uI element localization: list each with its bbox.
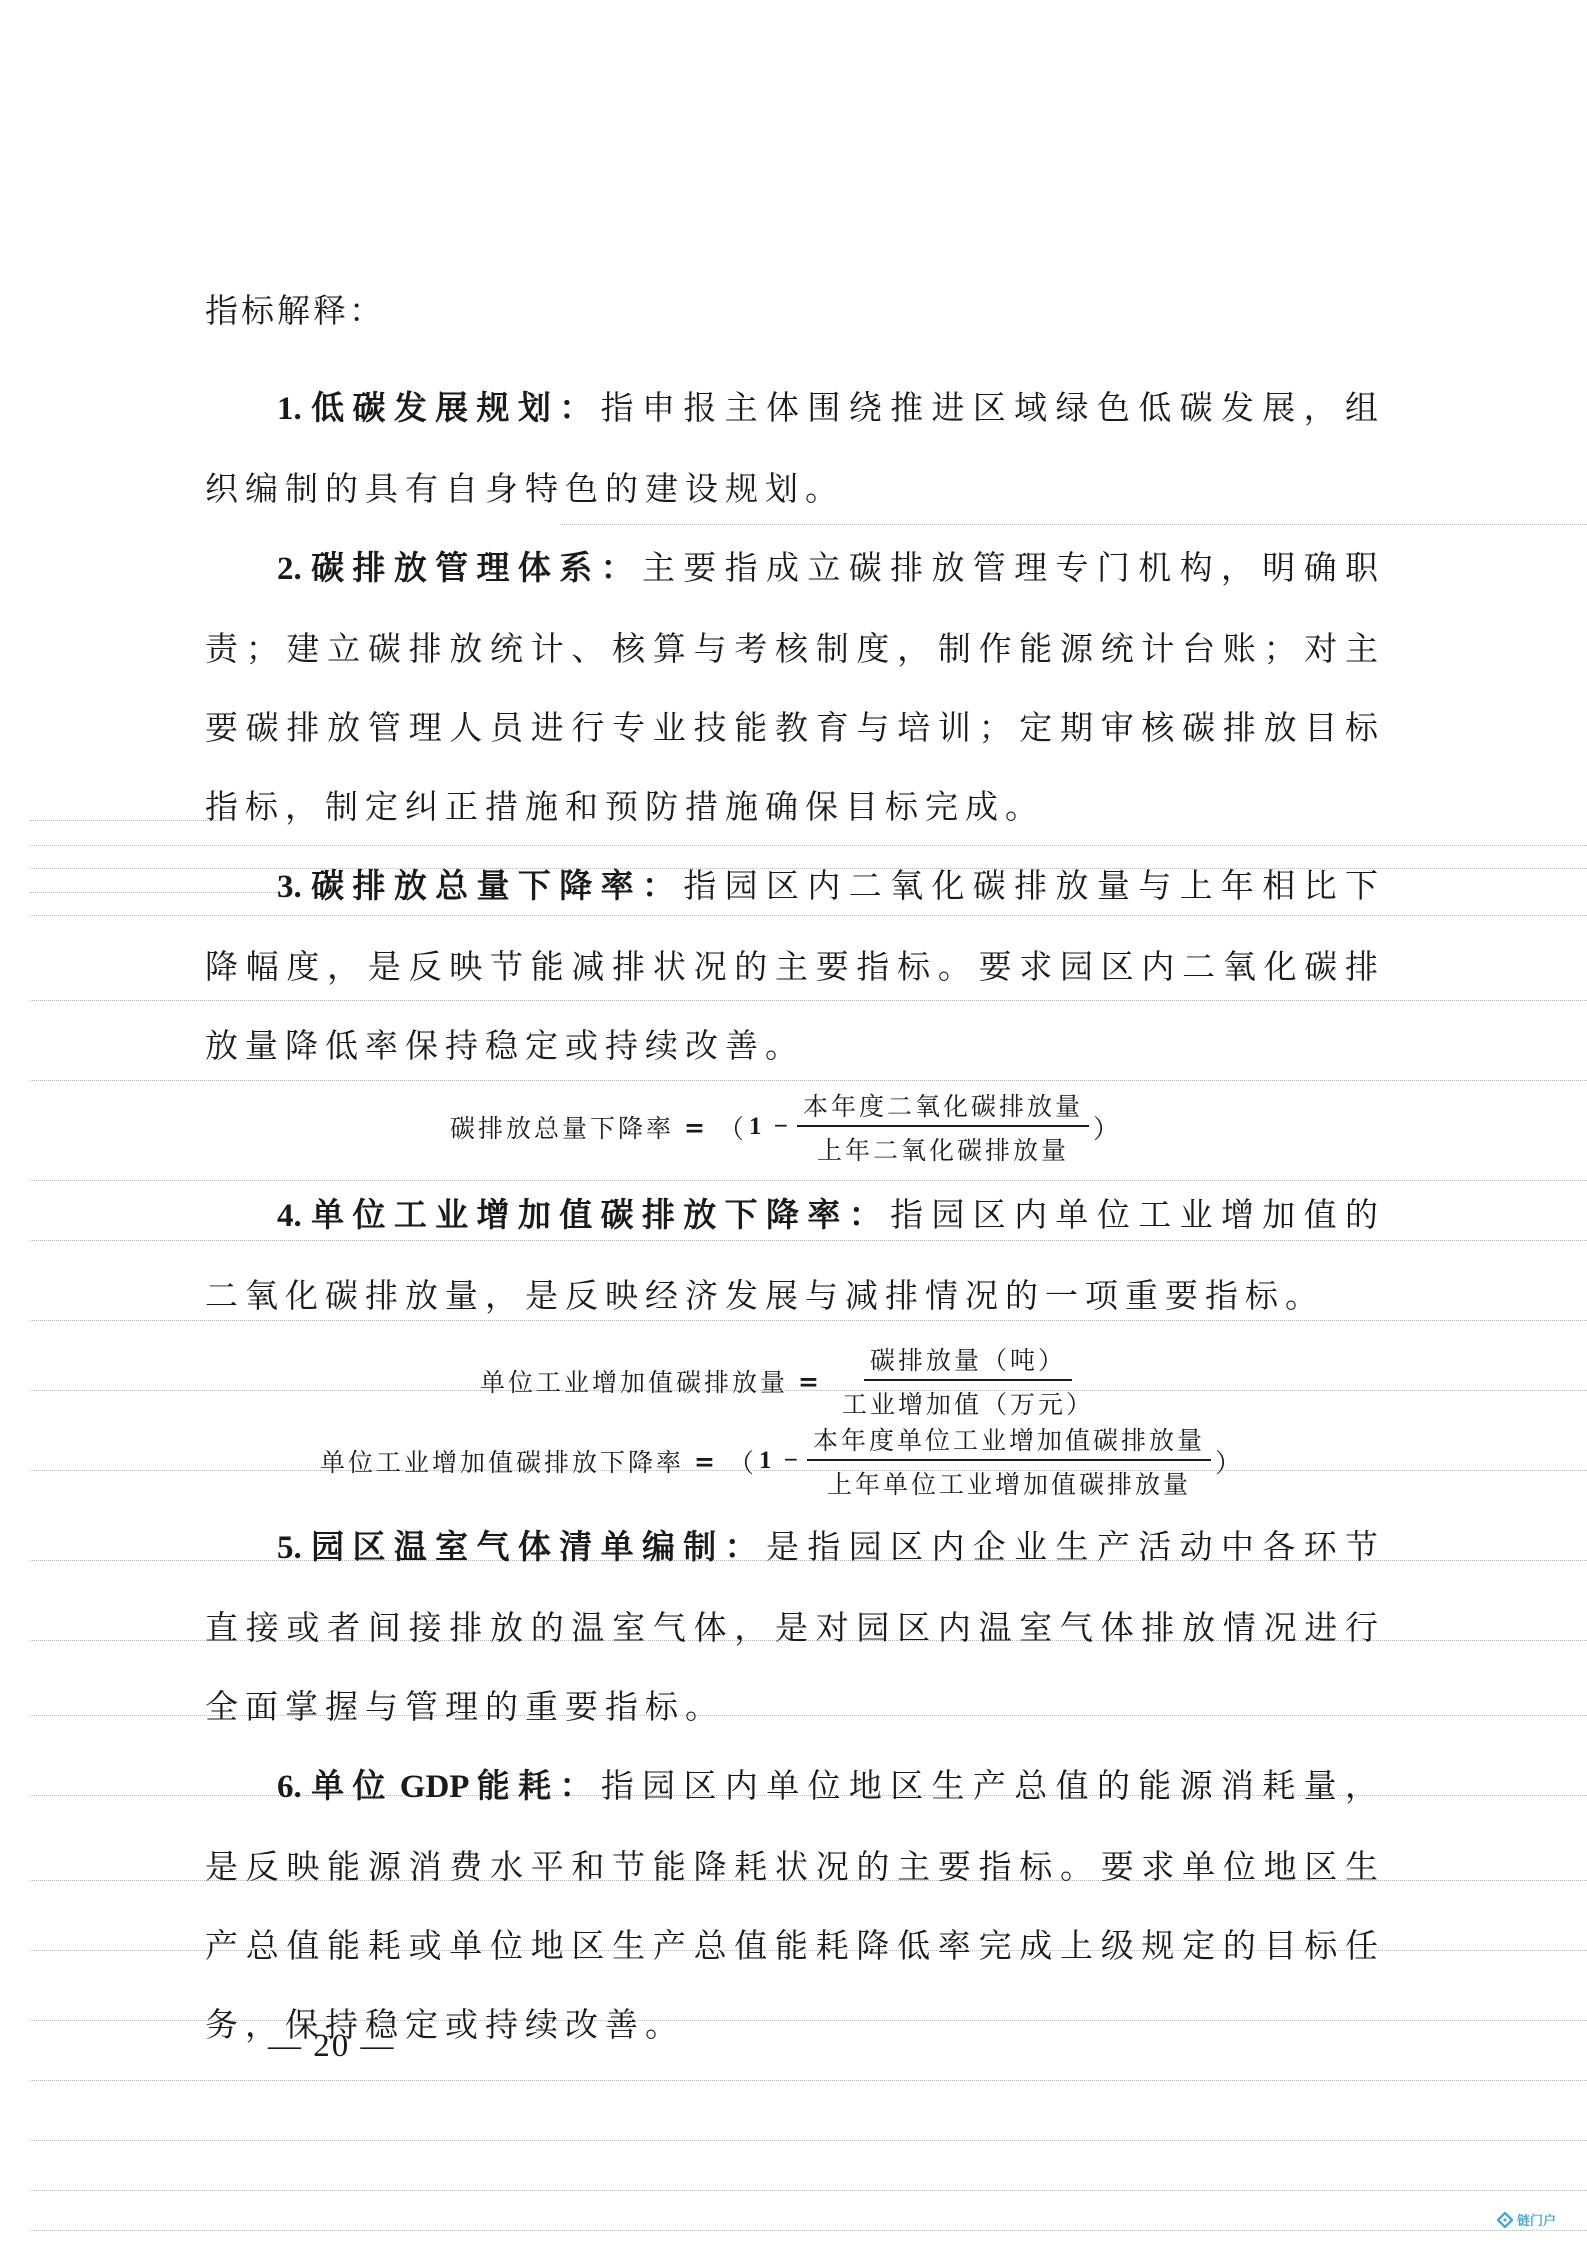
numerator: 碳排放量（吨） [864, 1341, 1072, 1381]
item-2: 2.碳排放管理体系：主要指成立碳排放管理专门机构，明确职责；建立碳排放统计、核算… [205, 528, 1385, 846]
fraction: 本年度单位工业增加值碳排放量 上年单位工业增加值碳排放量 [807, 1421, 1211, 1501]
section-heading: 指标解释： [205, 285, 1385, 332]
item-text: 指园区内单位地区生产总值的能源消耗量，是反映能源消费水平和节能降耗状况的主要指标… [205, 1766, 1385, 2044]
page-number: — 20 — [268, 2028, 396, 2065]
diamond-logo-icon [1497, 2212, 1513, 2228]
item-term-latin: GDP [400, 1769, 470, 1805]
item-number: 6. [277, 1769, 302, 1805]
item-term: 碳排放管理体系： [310, 548, 642, 587]
item-number: 3. [277, 869, 302, 905]
item-text: 主要指成立碳排放管理专门机构，明确职责；建立碳排放统计、核算与考核制度，制作能源… [205, 548, 1385, 826]
open-paren: （ [728, 1443, 757, 1480]
denominator: 上年二氧化碳排放量 [811, 1127, 1075, 1167]
one-minus: 1 − [749, 1113, 791, 1141]
fraction: 本年度二氧化碳排放量 上年二氧化碳排放量 [797, 1087, 1089, 1167]
open-paren: （ [718, 1109, 747, 1146]
item-number: 1. [277, 391, 302, 427]
document-body: 指标解释： 1.低碳发展规划：指申报主体围绕推进区域绿色低碳发展，组织编制的具有… [205, 285, 1385, 2064]
item-3: 3.碳排放总量下降率：指园区内二氧化碳排放量与上年相比下降幅度，是反映节能减排状… [205, 846, 1385, 1085]
numerator: 本年度单位工业增加值碳排放量 [807, 1421, 1211, 1461]
item-term: 碳排放总量下降率： [310, 866, 684, 905]
item-term: 单位工业增加值碳排放下降率： [310, 1195, 890, 1234]
item-term: 园区温室气体清单编制： [310, 1527, 766, 1566]
close-paren: ） [1215, 1443, 1244, 1480]
watermark-text: 链门户 [1517, 2210, 1556, 2229]
item-5: 5.园区温室气体清单编制：是指园区内企业生产活动中各环节直接或者间接排放的温室气… [205, 1507, 1385, 1746]
item-term-prefix: 单位 [310, 1766, 394, 1805]
formula-lhs: 单位工业增加值碳排放下降率 [320, 1443, 684, 1479]
equals-sign: = [684, 1113, 708, 1142]
item-1: 1.低碳发展规划：指申报主体围绕推进区域绿色低碳发展，组织编制的具有自身特色的建… [205, 368, 1385, 528]
equals-sign: = [798, 1367, 822, 1396]
numerator: 本年度二氧化碳排放量 [797, 1087, 1089, 1127]
one-minus: 1 − [759, 1447, 801, 1475]
formula-lhs: 单位工业增加值碳排放量 [480, 1363, 788, 1399]
item-number: 5. [277, 1530, 302, 1566]
formula-unit-decline: 单位工业增加值碳排放下降率 = （ 1 − 本年度单位工业增加值碳排放量 上年单… [320, 1421, 1385, 1501]
item-term: 低碳发展规划： [310, 388, 601, 427]
fraction: 碳排放量（吨） 工业增加值（万元） [836, 1341, 1100, 1421]
formula-total-decline: 碳排放总量下降率 = （ 1 − 本年度二氧化碳排放量 上年二氧化碳排放量 ） [450, 1087, 1385, 1167]
denominator: 上年单位工业增加值碳排放量 [821, 1461, 1197, 1501]
item-term-suffix: 能耗： [475, 1766, 600, 1805]
formula-lhs: 碳排放总量下降率 [450, 1109, 674, 1145]
denominator: 工业增加值（万元） [836, 1381, 1100, 1421]
close-paren: ） [1093, 1109, 1122, 1146]
watermark: 链门户 [1497, 2210, 1556, 2229]
item-number: 4. [277, 1198, 302, 1234]
item-number: 2. [277, 551, 302, 587]
item-6: 6.单位GDP能耗：指园区内单位地区生产总值的能源消耗量，是反映能源消费水平和节… [205, 1746, 1385, 2064]
equals-sign: = [694, 1447, 718, 1476]
formula-unit-emission: 单位工业增加值碳排放量 = 碳排放量（吨） 工业增加值（万元） [480, 1341, 1385, 1421]
item-4: 4.单位工业增加值碳排放下降率：指园区内单位工业增加值的二氧化碳排放量，是反映经… [205, 1175, 1385, 1335]
